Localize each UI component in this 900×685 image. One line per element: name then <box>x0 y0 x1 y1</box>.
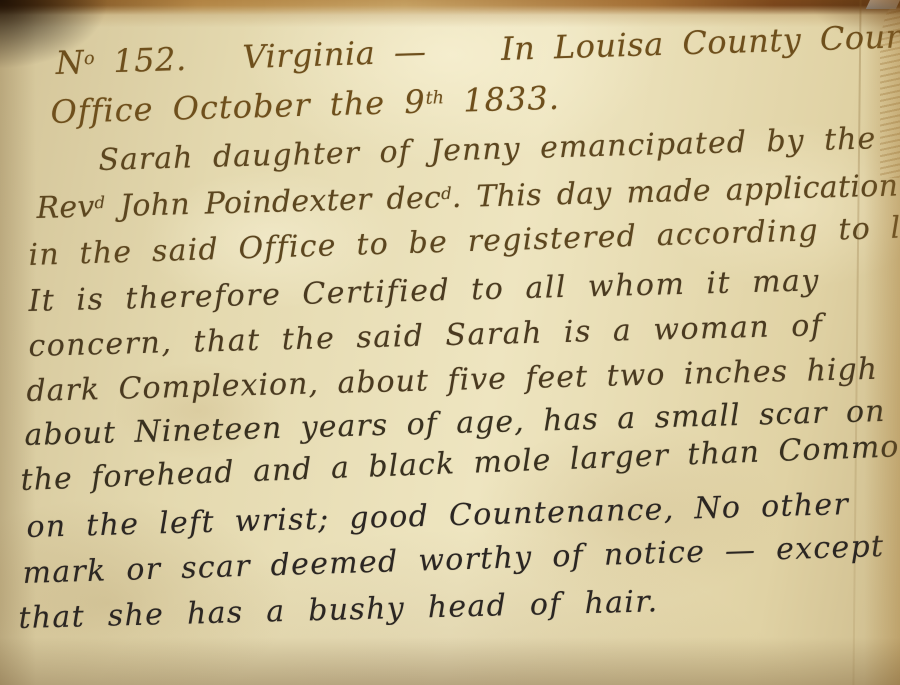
background-gap <box>866 0 900 9</box>
manuscript-photo: No 152. Virginia — In Louisa County Cour… <box>0 0 900 685</box>
